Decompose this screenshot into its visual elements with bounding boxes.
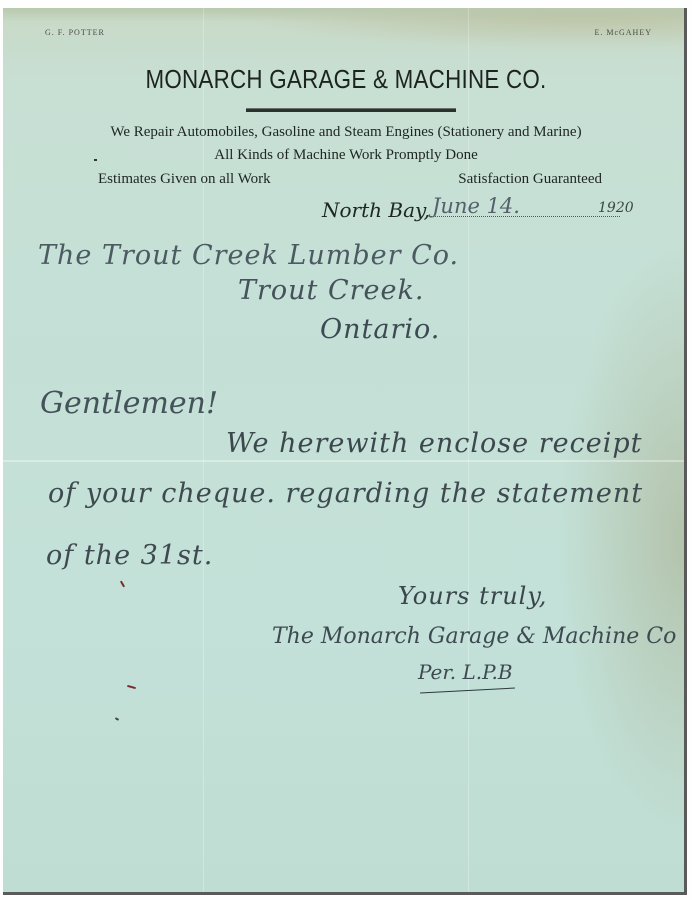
tagline-services: We Repair Automobiles, Gasoline and Stea… [0,124,692,141]
salutation: Gentlemen! [40,386,218,421]
ink-speck [94,159,97,161]
body-line: of your cheque. regarding the statement [48,478,643,509]
signature: The Monarch Garage & Machine Co [272,624,676,649]
tagline-estimates: Estimates Given on all Work [98,171,271,188]
company-name: MONARCH GARAGE & MACHINE CO. [48,64,643,95]
dateline-year: 1920 [598,200,634,216]
recipient-name: The Trout Creek Lumber Co. [38,240,459,271]
dateline-place: North Bay, [322,198,430,222]
tagline-machine-work: All Kinds of Machine Work Promptly Done [0,147,692,164]
owner-name-right: E. McGAHEY [594,28,652,37]
dateline-date: June 14. [432,194,520,218]
header-rule [246,108,456,112]
closing: Yours truly, [398,582,547,610]
signer-initials: Per. L.P.B [418,660,513,684]
recipient-town: Trout Creek. [238,275,424,306]
owner-name-left: G. F. POTTER [45,28,105,37]
recipient-province: Ontario. [320,314,440,345]
body-line: We herewith enclose receipt [226,428,642,459]
body-line: of the 31st. [46,540,213,571]
tagline-satisfaction: Satisfaction Guaranteed [458,171,602,188]
fold-crease [3,460,684,462]
